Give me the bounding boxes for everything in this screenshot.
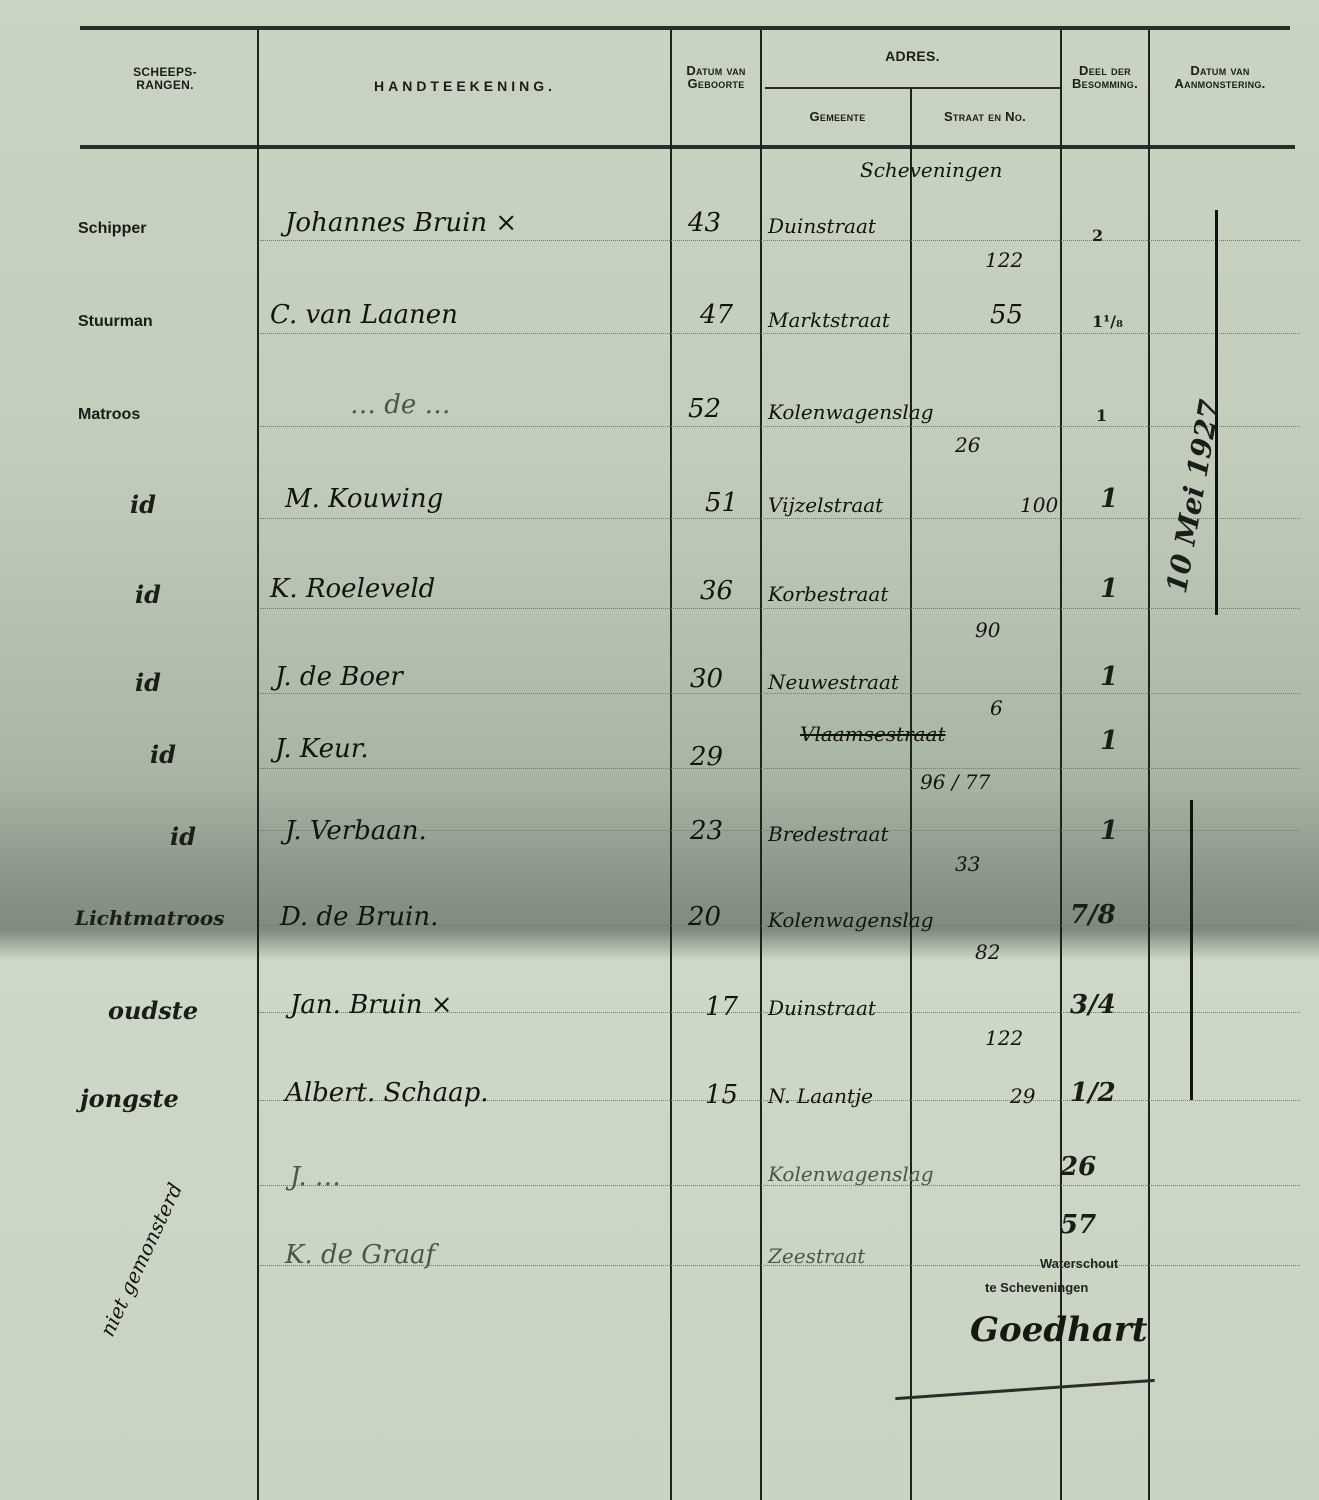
number-cell: 90 <box>975 618 1000 642</box>
number-cell: 29 <box>1010 1084 1035 1108</box>
number-cell: 100 <box>1020 493 1058 517</box>
street-cell: Marktstraat <box>768 308 890 332</box>
age-cell: 15 <box>705 1080 738 1110</box>
row-baseline <box>260 240 1300 241</box>
street-cell: Duinstraat <box>768 996 876 1020</box>
header-street: Straat en No. <box>915 110 1055 123</box>
street-cell: Vlaamsestraat <box>800 722 946 746</box>
street-cell: Duinstraat <box>768 214 876 238</box>
number-cell: 82 <box>975 940 1000 964</box>
row-baseline <box>260 426 1300 427</box>
header-address: ADRES. <box>765 50 1060 63</box>
signature-cell: Jan. Bruin × <box>290 990 453 1020</box>
rank-cell: id <box>135 580 161 609</box>
rank-cell: Matroos <box>78 406 140 424</box>
number-cell: 96 / 77 <box>920 770 990 794</box>
col-divider-6 <box>1148 30 1150 1500</box>
share-cell: 1 <box>1100 484 1118 514</box>
share-cell: 1/2 <box>1070 1078 1116 1108</box>
rank-cell: oudste <box>108 996 198 1025</box>
row-baseline <box>260 518 1300 519</box>
official-signature: Goedhart <box>970 1310 1148 1350</box>
signature-cell: K. de Graaf <box>285 1240 435 1270</box>
col-divider-1 <box>257 30 259 1500</box>
age-cell: 17 <box>705 992 738 1022</box>
share-cell: 3/4 <box>1070 990 1116 1020</box>
col-divider-2 <box>670 30 672 1500</box>
top-rule <box>80 26 1290 30</box>
number-cell: 26 <box>955 433 980 457</box>
municipality-value: Scheveningen <box>860 158 1002 182</box>
adres-subrule <box>765 87 1060 89</box>
signature-cell: J. de Boer <box>275 662 403 692</box>
mustering-bracket-bottom <box>1190 800 1193 1100</box>
share-cell: 1¹/₈ <box>1092 312 1123 331</box>
age-cell: 36 <box>700 576 733 606</box>
street-cell: Neuwestraat <box>768 670 899 694</box>
share-cell: 1 <box>1100 662 1118 692</box>
number-cell: 122 <box>985 248 1023 272</box>
age-cell: 30 <box>690 664 723 694</box>
col-divider-3 <box>760 30 762 1500</box>
rank-cell: id <box>135 668 161 697</box>
rank-cell: jongste <box>80 1084 179 1113</box>
row-baseline <box>260 768 1300 769</box>
share-cell: 7/8 <box>1070 900 1116 930</box>
share-cell: 57 <box>1060 1210 1096 1240</box>
number-cell: 55 <box>990 300 1023 330</box>
register-page: SCHEEPS-RANGEN. HANDTEEKENING. Datum van… <box>0 0 1319 1500</box>
header-birth: Datum van Geboorte <box>674 64 758 90</box>
rank-cell: Schipper <box>78 220 146 238</box>
rank-cell: Stuurman <box>78 313 153 331</box>
header-share: Deel der Besomming. <box>1063 64 1147 90</box>
age-cell: 20 <box>688 902 721 932</box>
share-cell: 2 <box>1092 226 1103 245</box>
signature-cell: M. Kouwing <box>285 484 443 514</box>
rank-cell: Lichtmatroos <box>75 906 224 930</box>
street-cell: Zeestraat <box>768 1244 865 1268</box>
signature-cell: Johannes Bruin × <box>285 208 517 238</box>
street-cell: Bredestraat <box>768 822 888 846</box>
age-cell: 52 <box>688 394 721 424</box>
side-note: niet gemonsterd <box>95 1179 187 1340</box>
row-baseline <box>260 608 1300 609</box>
col-divider-4 <box>910 88 912 1500</box>
signature-cell: J. Keur. <box>275 734 369 764</box>
street-cell: Vijzelstraat <box>768 493 883 517</box>
signature-cell: … de … <box>350 390 451 420</box>
rank-cell: id <box>150 740 176 769</box>
row-baseline <box>260 333 1300 334</box>
street-cell: Kolenwagenslag <box>768 1162 934 1186</box>
street-cell: Kolenwagenslag <box>768 908 934 932</box>
street-cell: Kolenwagenslag <box>768 400 934 424</box>
header-mustering: Datum van Aanmonstering. <box>1152 64 1288 90</box>
share-cell: 1 <box>1100 574 1118 604</box>
age-cell: 51 <box>705 488 738 518</box>
stamp-line-1: Waterschout <box>1040 1256 1118 1271</box>
age-cell: 47 <box>700 300 733 330</box>
number-cell: 6 <box>990 696 1003 720</box>
header-bottom-rule <box>80 145 1295 149</box>
age-cell: 29 <box>690 742 723 772</box>
age-cell: 43 <box>688 208 721 238</box>
age-cell: 23 <box>690 816 723 846</box>
share-cell: 26 <box>1060 1152 1096 1182</box>
share-cell: 1 <box>1100 726 1118 756</box>
share-cell: 1 <box>1100 816 1118 846</box>
signature-cell: J. … <box>290 1162 341 1192</box>
rank-cell: id <box>130 490 156 519</box>
street-cell: Korbestraat <box>768 582 888 606</box>
rank-cell: id <box>170 822 196 851</box>
header-rank: SCHEEPS-RANGEN. <box>105 66 225 92</box>
signature-cell: K. Roeleveld <box>270 574 435 604</box>
signature-cell: J. Verbaan. <box>285 816 427 846</box>
signature-cell: D. de Bruin. <box>280 902 438 932</box>
stamp-line-2: te Scheveningen <box>985 1280 1088 1295</box>
header-signature: HANDTEEKENING. <box>300 80 630 93</box>
number-cell: 122 <box>985 1026 1023 1050</box>
street-cell: N. Laantje <box>768 1084 873 1108</box>
share-cell: 1 <box>1096 406 1107 425</box>
signature-cell: Albert. Schaap. <box>285 1078 489 1108</box>
signature-cell: C. van Laanen <box>270 300 458 330</box>
header-municipality: Gemeente <box>770 110 905 123</box>
signature-flourish <box>895 1379 1155 1400</box>
number-cell: 33 <box>955 852 980 876</box>
